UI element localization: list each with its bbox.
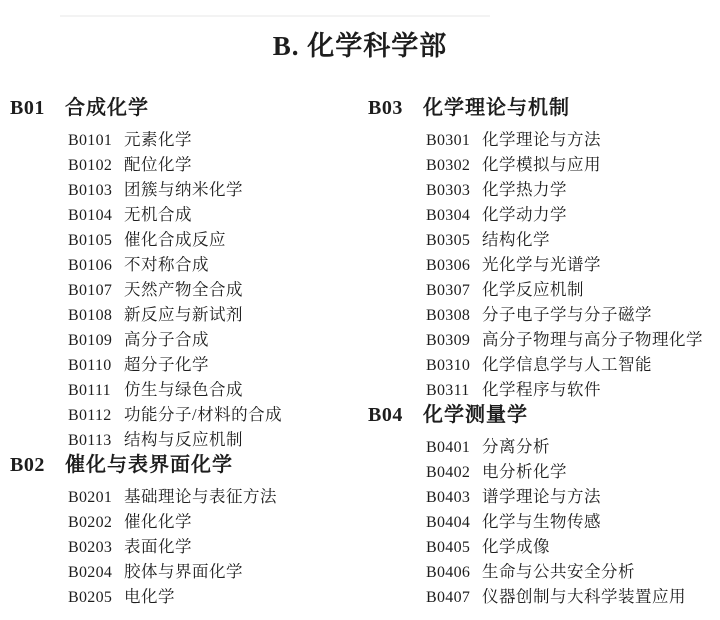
- list-item: B0202催化化学: [68, 509, 360, 534]
- item-name: 配位化学: [124, 152, 192, 177]
- section-B03: B03化学理论与机制B0301化学理论与方法B0302化学模拟与应用B0303化…: [368, 95, 710, 402]
- list-item: B0302化学模拟与应用: [426, 152, 710, 177]
- item-code: B0204: [68, 560, 124, 585]
- item-code: B0113: [68, 428, 124, 453]
- item-name: 表面化学: [124, 534, 192, 559]
- section-title: 化学理论与机制: [423, 95, 570, 122]
- item-name: 化学成像: [482, 534, 550, 559]
- item-name: 不对称合成: [124, 252, 209, 277]
- item-name: 超分子化学: [124, 352, 209, 377]
- item-name: 化学信息学与人工智能: [482, 352, 652, 377]
- item-name: 元素化学: [124, 127, 192, 152]
- item-name: 化学与生物传感: [482, 509, 601, 534]
- list-item: B0101元素化学: [68, 127, 360, 152]
- item-code: B0111: [68, 378, 124, 403]
- item-name: 光化学与光谱学: [482, 252, 601, 277]
- item-code: B0108: [68, 303, 124, 328]
- item-name: 无机合成: [124, 202, 192, 227]
- section-items: B0101元素化学B0102配位化学B0103团簇与纳米化学B0104无机合成B…: [10, 127, 360, 452]
- scan-artifact: [60, 15, 490, 17]
- list-item: B0107天然产物全合成: [68, 277, 360, 302]
- section-header: B01合成化学: [10, 95, 360, 122]
- item-name: 催化化学: [124, 509, 192, 534]
- section-code: B03: [368, 95, 423, 122]
- list-item: B0404化学与生物传感: [426, 509, 710, 534]
- list-item: B0108新反应与新试剂: [68, 302, 360, 327]
- list-item: B0406生命与公共安全分析: [426, 559, 710, 584]
- item-name: 分离分析: [482, 434, 550, 459]
- item-name: 天然产物全合成: [124, 277, 243, 302]
- item-code: B0112: [68, 403, 124, 428]
- item-code: B0308: [426, 303, 482, 328]
- list-item: B0308分子电子学与分子磁学: [426, 302, 710, 327]
- list-item: B0204胶体与界面化学: [68, 559, 360, 584]
- item-code: B0101: [68, 128, 124, 153]
- list-item: B0102配位化学: [68, 152, 360, 177]
- list-item: B0203表面化学: [68, 534, 360, 559]
- item-name: 结构与反应机制: [124, 427, 243, 452]
- section-code: B04: [368, 402, 423, 429]
- item-name: 基础理论与表征方法: [124, 484, 277, 509]
- item-code: B0302: [426, 153, 482, 178]
- list-item: B0112功能分子/材料的合成: [68, 402, 360, 427]
- list-item: B0110超分子化学: [68, 352, 360, 377]
- item-name: 谱学理论与方法: [482, 484, 601, 509]
- list-item: B0105催化合成反应: [68, 227, 360, 252]
- list-item: B0306光化学与光谱学: [426, 252, 710, 277]
- item-name: 电化学: [124, 584, 175, 609]
- item-name: 催化合成反应: [124, 227, 226, 252]
- item-code: B0107: [68, 278, 124, 303]
- list-item: B0201基础理论与表征方法: [68, 484, 360, 509]
- section-header: B04化学测量学: [368, 402, 710, 429]
- section-code: B02: [10, 452, 65, 479]
- section-code: B01: [10, 95, 65, 122]
- item-code: B0309: [426, 328, 482, 353]
- section-items: B0401分离分析B0402电分析化学B0403谱学理论与方法B0404化学与生…: [368, 434, 710, 609]
- section-B01: B01合成化学B0101元素化学B0102配位化学B0103团簇与纳米化学B01…: [10, 95, 360, 452]
- item-code: B0102: [68, 153, 124, 178]
- list-item: B0305结构化学: [426, 227, 710, 252]
- section-header: B03化学理论与机制: [368, 95, 710, 122]
- list-item: B0307化学反应机制: [426, 277, 710, 302]
- item-code: B0205: [68, 585, 124, 610]
- list-item: B0402电分析化学: [426, 459, 710, 484]
- item-name: 生命与公共安全分析: [482, 559, 635, 584]
- item-name: 化学动力学: [482, 202, 567, 227]
- item-name: 仪器创制与大科学装置应用: [482, 584, 686, 609]
- item-name: 胶体与界面化学: [124, 559, 243, 584]
- item-name: 新反应与新试剂: [124, 302, 243, 327]
- list-item: B0311化学程序与软件: [426, 377, 710, 402]
- item-code: B0305: [426, 228, 482, 253]
- item-name: 团簇与纳米化学: [124, 177, 243, 202]
- list-item: B0106不对称合成: [68, 252, 360, 277]
- list-item: B0403谱学理论与方法: [426, 484, 710, 509]
- item-name: 高分子物理与高分子物理化学: [482, 327, 703, 352]
- item-code: B0105: [68, 228, 124, 253]
- item-name: 分子电子学与分子磁学: [482, 302, 652, 327]
- list-item: B0303化学热力学: [426, 177, 710, 202]
- item-name: 电分析化学: [482, 459, 567, 484]
- section-items: B0301化学理论与方法B0302化学模拟与应用B0303化学热力学B0304化…: [368, 127, 710, 402]
- columns-container: B01合成化学B0101元素化学B0102配位化学B0103团簇与纳米化学B01…: [0, 95, 720, 609]
- item-name: 化学模拟与应用: [482, 152, 601, 177]
- item-code: B0203: [68, 535, 124, 560]
- list-item: B0113结构与反应机制: [68, 427, 360, 452]
- item-name: 化学程序与软件: [482, 377, 601, 402]
- column-left: B01合成化学B0101元素化学B0102配位化学B0103团簇与纳米化学B01…: [0, 95, 360, 609]
- section-header: B02催化与表界面化学: [10, 452, 360, 479]
- item-name: 高分子合成: [124, 327, 209, 352]
- item-code: B0202: [68, 510, 124, 535]
- document-page: { "page": { "title": "B. 化学科学部" }, "colu…: [0, 0, 720, 620]
- page-title: B. 化学科学部: [0, 0, 720, 63]
- item-name: 仿生与绿色合成: [124, 377, 243, 402]
- list-item: B0111仿生与绿色合成: [68, 377, 360, 402]
- section-B02: B02催化与表界面化学B0201基础理论与表征方法B0202催化化学B0203表…: [10, 452, 360, 609]
- item-code: B0402: [426, 460, 482, 485]
- list-item: B0104无机合成: [68, 202, 360, 227]
- item-code: B0406: [426, 560, 482, 585]
- list-item: B0304化学动力学: [426, 202, 710, 227]
- item-code: B0110: [68, 353, 124, 378]
- item-code: B0404: [426, 510, 482, 535]
- list-item: B0309高分子物理与高分子物理化学: [426, 327, 710, 352]
- item-code: B0104: [68, 203, 124, 228]
- section-items: B0201基础理论与表征方法B0202催化化学B0203表面化学B0204胶体与…: [10, 484, 360, 609]
- item-name: 化学热力学: [482, 177, 567, 202]
- item-code: B0310: [426, 353, 482, 378]
- section-title: 催化与表界面化学: [65, 452, 233, 479]
- item-code: B0403: [426, 485, 482, 510]
- section-B04: B04化学测量学B0401分离分析B0402电分析化学B0403谱学理论与方法B…: [368, 402, 710, 609]
- list-item: B0407仪器创制与大科学装置应用: [426, 584, 710, 609]
- item-code: B0103: [68, 178, 124, 203]
- column-right: B03化学理论与机制B0301化学理论与方法B0302化学模拟与应用B0303化…: [360, 95, 710, 609]
- item-code: B0401: [426, 435, 482, 460]
- item-code: B0407: [426, 585, 482, 610]
- item-name: 化学反应机制: [482, 277, 584, 302]
- list-item: B0401分离分析: [426, 434, 710, 459]
- item-name: 功能分子/材料的合成: [124, 402, 282, 427]
- list-item: B0205电化学: [68, 584, 360, 609]
- item-code: B0307: [426, 278, 482, 303]
- item-code: B0301: [426, 128, 482, 153]
- section-title: 化学测量学: [423, 402, 528, 429]
- item-name: 结构化学: [482, 227, 550, 252]
- list-item: B0103团簇与纳米化学: [68, 177, 360, 202]
- list-item: B0301化学理论与方法: [426, 127, 710, 152]
- item-code: B0303: [426, 178, 482, 203]
- list-item: B0109高分子合成: [68, 327, 360, 352]
- item-code: B0311: [426, 378, 482, 403]
- item-code: B0405: [426, 535, 482, 560]
- item-code: B0109: [68, 328, 124, 353]
- section-title: 合成化学: [65, 95, 149, 122]
- list-item: B0405化学成像: [426, 534, 710, 559]
- item-name: 化学理论与方法: [482, 127, 601, 152]
- list-item: B0310化学信息学与人工智能: [426, 352, 710, 377]
- item-code: B0304: [426, 203, 482, 228]
- item-code: B0306: [426, 253, 482, 278]
- item-code: B0201: [68, 485, 124, 510]
- item-code: B0106: [68, 253, 124, 278]
